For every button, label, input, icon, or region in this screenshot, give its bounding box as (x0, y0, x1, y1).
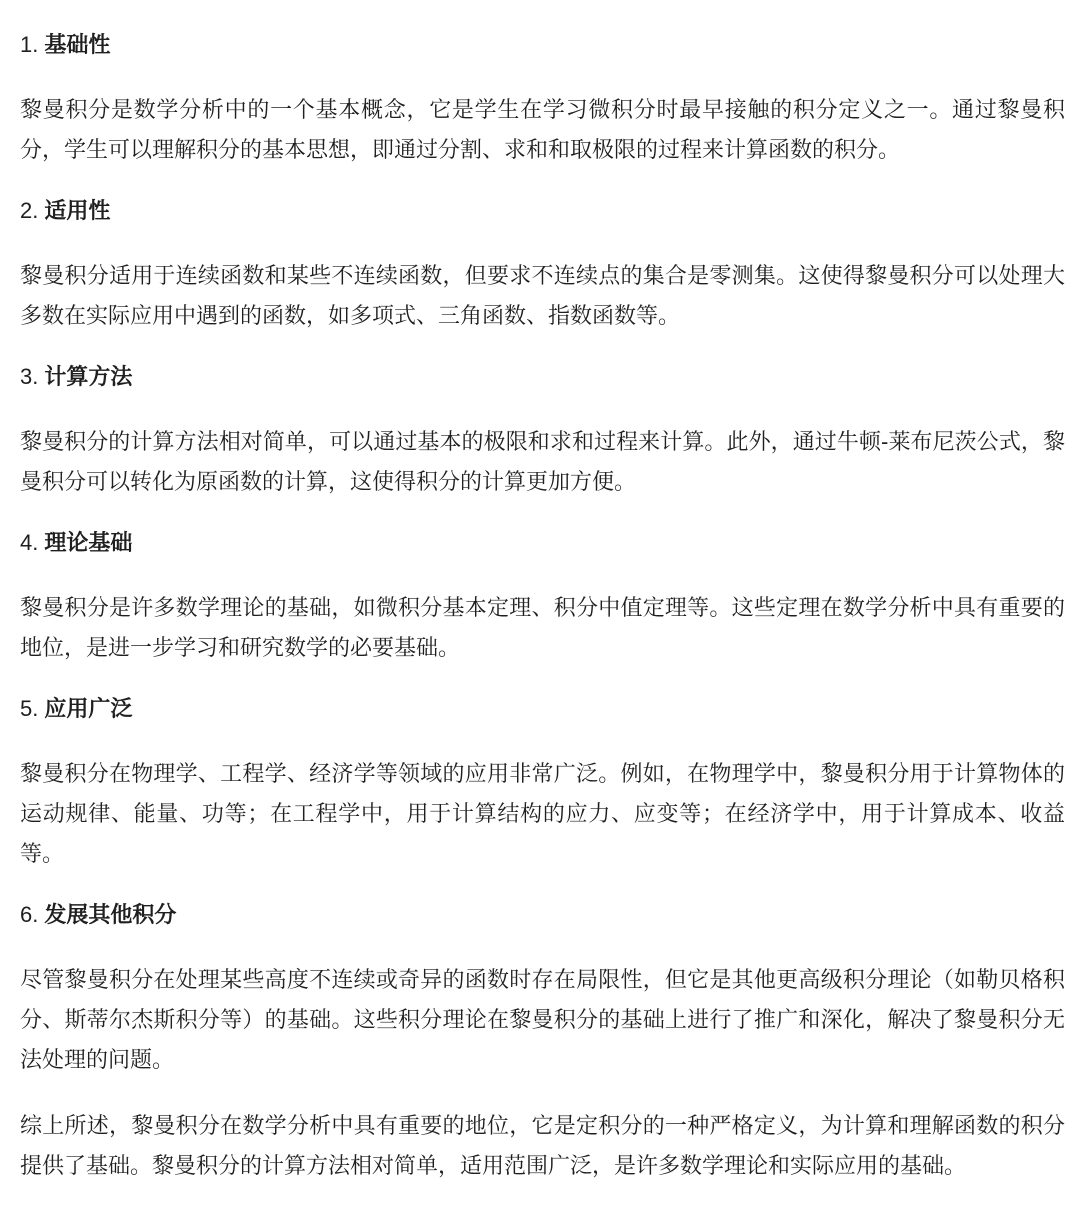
conclusion-paragraph: 综上所述，黎曼积分在数学分析中具有重要的地位，它是定积分的一种严格定义，为计算和… (20, 1106, 1065, 1186)
section-paragraph: 黎曼积分是数学分析中的一个基本概念，它是学生在学习微积分时最早接触的积分定义之一… (20, 90, 1065, 170)
section-number: 6. (20, 902, 38, 927)
section-paragraph: 尽管黎曼积分在处理某些高度不连续或奇异的函数时存在局限性，但它是其他更高级积分理… (20, 960, 1065, 1080)
section-number: 5. (20, 696, 38, 721)
section-number: 4. (20, 530, 38, 555)
section-title: 适用性 (44, 198, 110, 223)
section-number: 3. (20, 364, 38, 389)
section-heading: 6.发展其他积分 (20, 900, 1065, 930)
document: 1.基础性 黎曼积分是数学分析中的一个基本概念，它是学生在学习微积分时最早接触的… (0, 0, 1089, 1231)
section-heading: 1.基础性 (20, 30, 1065, 60)
section-heading: 2.适用性 (20, 196, 1065, 226)
section-title: 发展其他积分 (44, 902, 176, 927)
section-heading: 4.理论基础 (20, 528, 1065, 558)
numbered-section: 2.适用性 黎曼积分适用于连续函数和某些不连续函数，但要求不连续点的集合是零测集… (20, 196, 1065, 336)
numbered-section: 5.应用广泛 黎曼积分在物理学、工程学、经济学等领域的应用非常广泛。例如，在物理… (20, 694, 1065, 874)
section-number: 2. (20, 198, 38, 223)
section-title: 基础性 (44, 32, 110, 57)
section-title: 计算方法 (44, 364, 132, 389)
section-paragraph: 黎曼积分适用于连续函数和某些不连续函数，但要求不连续点的集合是零测集。这使得黎曼… (20, 256, 1065, 336)
section-title: 理论基础 (44, 530, 132, 555)
section-number: 1. (20, 32, 38, 57)
section-heading: 3.计算方法 (20, 362, 1065, 392)
section-paragraph: 黎曼积分是许多数学理论的基础，如微积分基本定理、积分中值定理等。这些定理在数学分… (20, 588, 1065, 668)
numbered-section: 3.计算方法 黎曼积分的计算方法相对简单，可以通过基本的极限和求和过程来计算。此… (20, 362, 1065, 502)
numbered-section: 1.基础性 黎曼积分是数学分析中的一个基本概念，它是学生在学习微积分时最早接触的… (20, 30, 1065, 170)
numbered-section: 6.发展其他积分 尽管黎曼积分在处理某些高度不连续或奇异的函数时存在局限性，但它… (20, 900, 1065, 1080)
section-paragraph: 黎曼积分的计算方法相对简单，可以通过基本的极限和求和过程来计算。此外，通过牛顿-… (20, 422, 1065, 502)
sections-container: 1.基础性 黎曼积分是数学分析中的一个基本概念，它是学生在学习微积分时最早接触的… (20, 30, 1065, 1080)
section-title: 应用广泛 (44, 696, 132, 721)
section-heading: 5.应用广泛 (20, 694, 1065, 724)
section-paragraph: 黎曼积分在物理学、工程学、经济学等领域的应用非常广泛。例如，在物理学中，黎曼积分… (20, 754, 1065, 874)
numbered-section: 4.理论基础 黎曼积分是许多数学理论的基础，如微积分基本定理、积分中值定理等。这… (20, 528, 1065, 668)
